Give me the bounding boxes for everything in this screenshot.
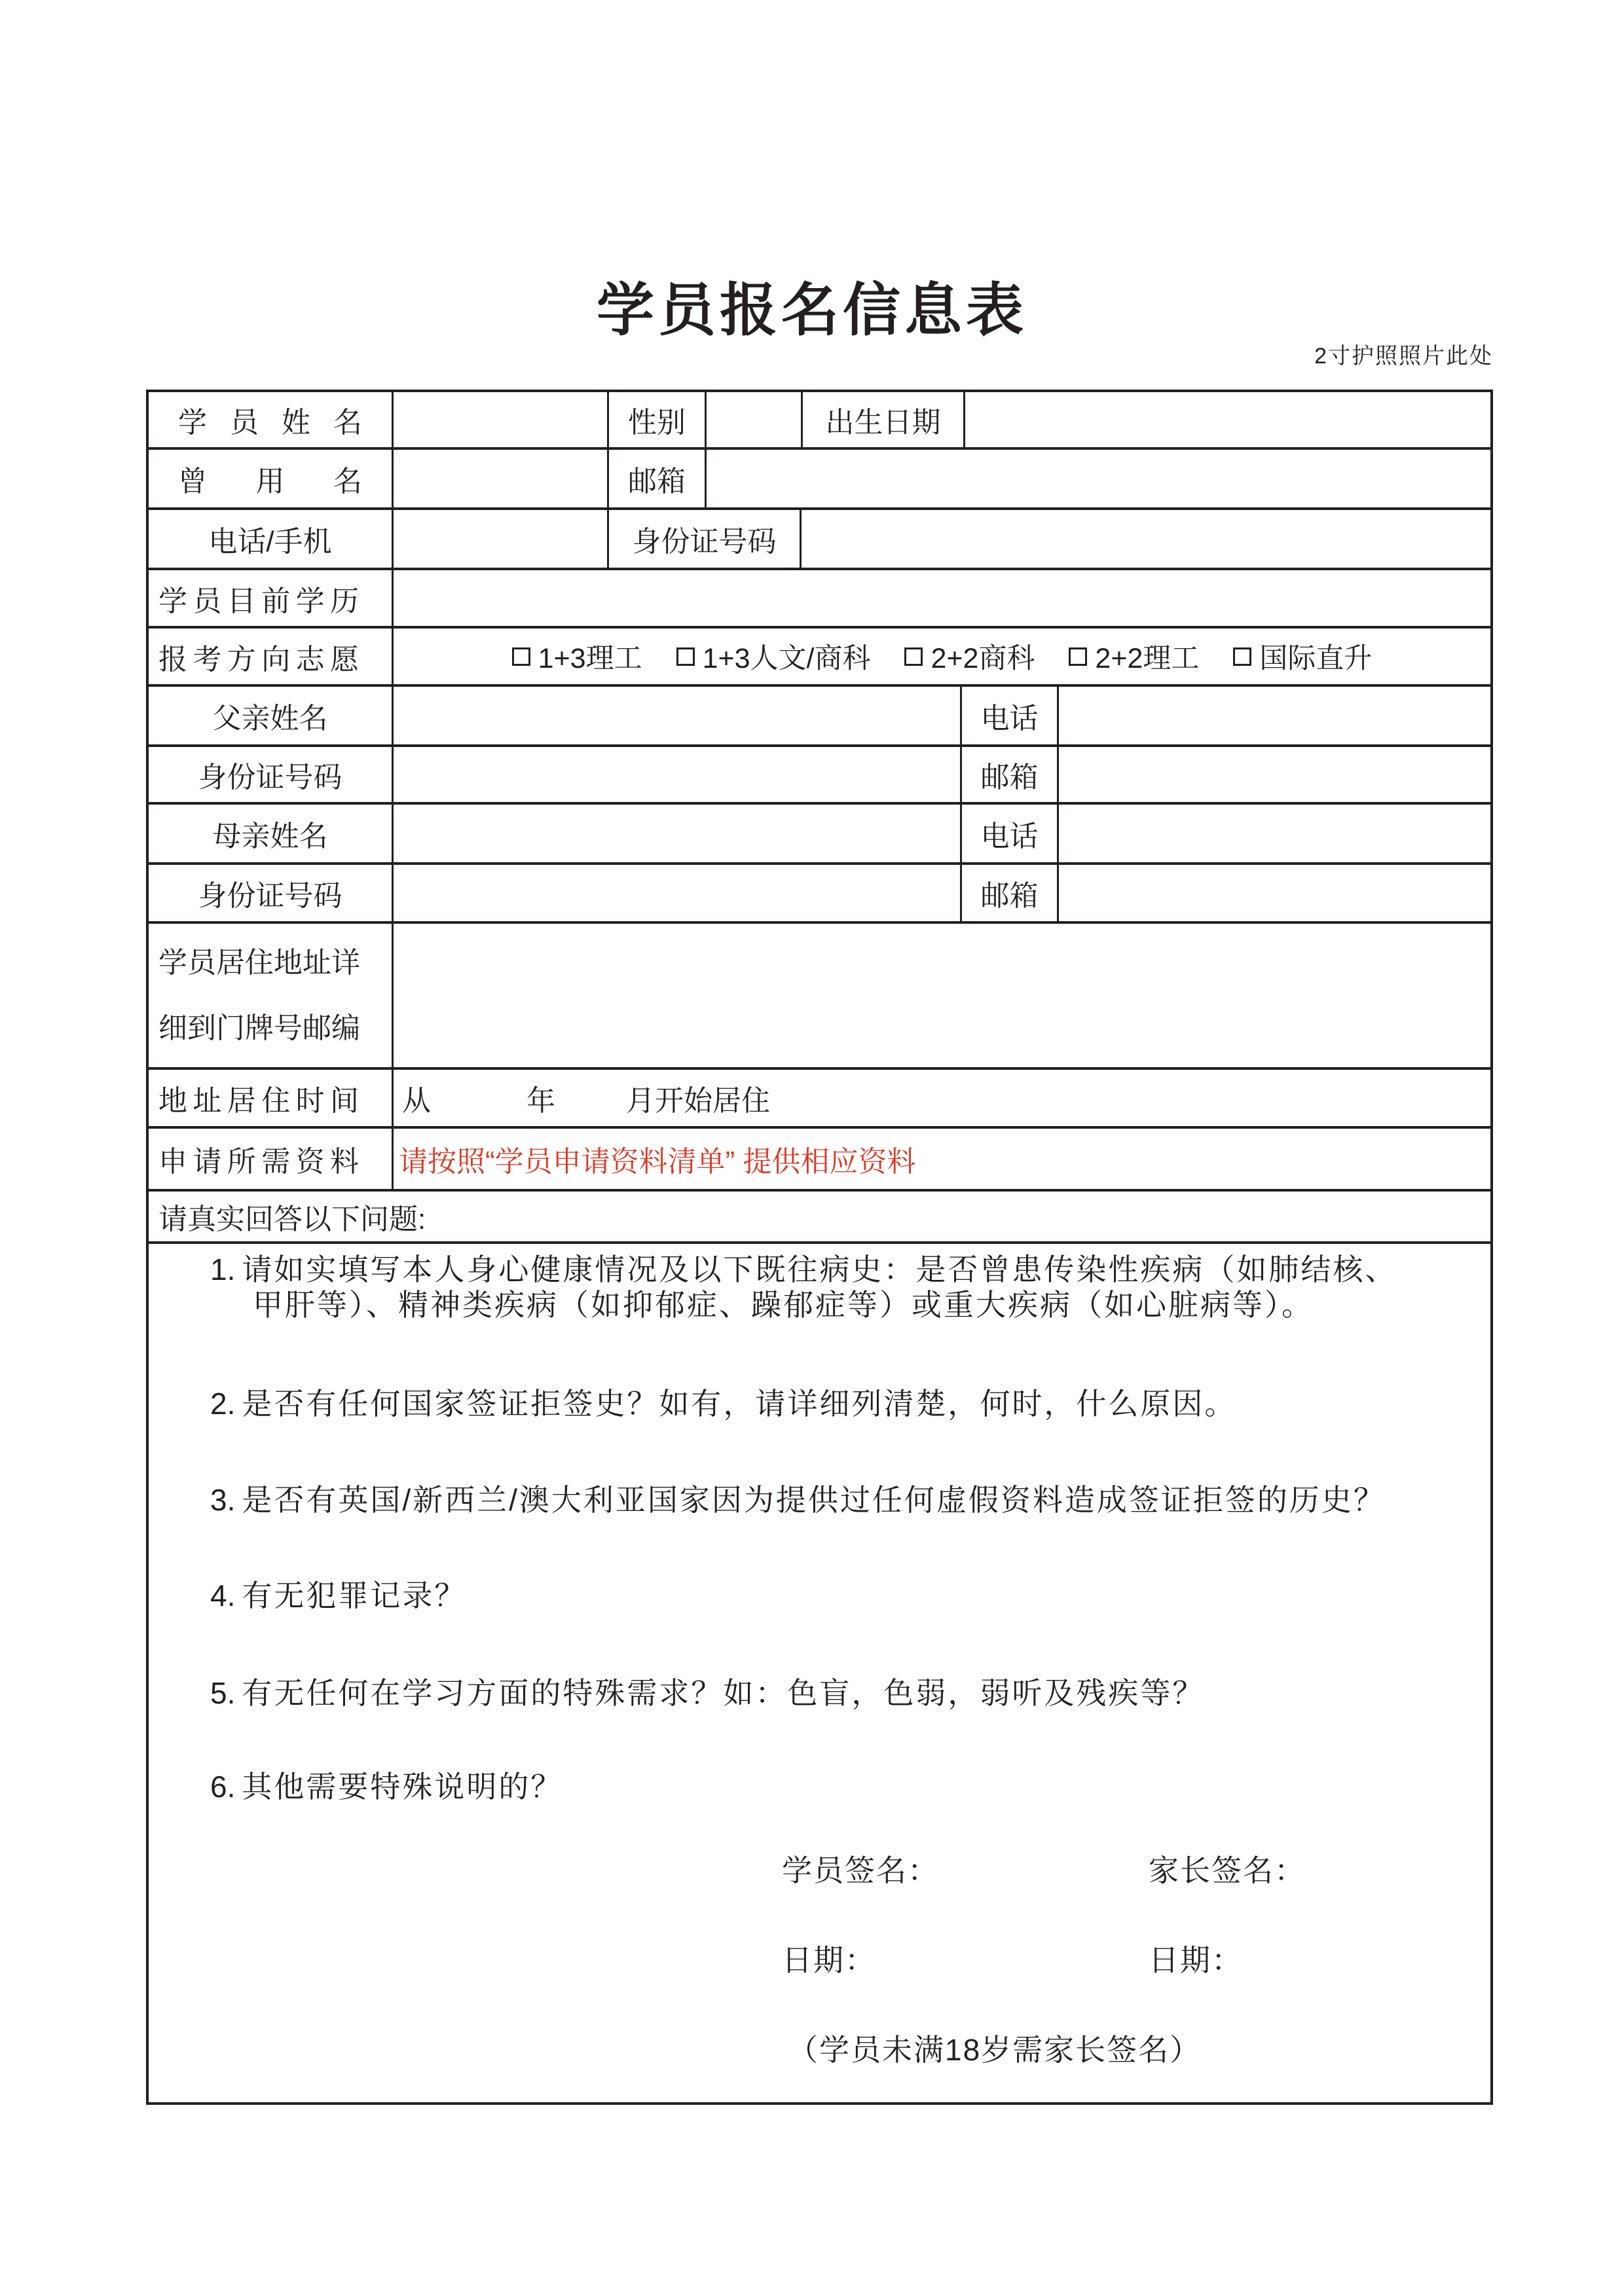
direction-option-5[interactable]: 国际直升	[1233, 636, 1372, 676]
student-id-label: 身份证号码	[609, 510, 802, 568]
row-materials: 申请所需资料 请按照“学员申请资料清单” 提供相应资料	[149, 1129, 1490, 1192]
education-label: 学员目前学历	[149, 570, 394, 626]
gender-input[interactable]	[707, 392, 803, 447]
father-id-label: 身份证号码	[149, 747, 394, 802]
row-student-phone: 电话/手机 身份证号码	[149, 510, 1490, 570]
signature-note: （学员未满18岁需家长签名）	[788, 2032, 1201, 2068]
row-father-name: 父亲姓名 电话	[149, 687, 1490, 747]
direction-option-2[interactable]: 1+3人文/商科	[676, 636, 871, 676]
birth-date-label: 出生日期	[803, 392, 965, 447]
former-name-input[interactable]	[394, 450, 609, 507]
education-input[interactable]	[394, 570, 1490, 626]
mother-tel-label: 电话	[962, 805, 1059, 862]
student-email-input[interactable]	[707, 450, 1490, 507]
row-questions-box: 1.请如实填写本人身心健康情况及以下既往病史：是否曾患传染性疾病（如肺结核、 甲…	[149, 1244, 1490, 2107]
row-address-time: 地址居住时间 从年月开始居住	[149, 1070, 1490, 1129]
row-mother-id: 身份证号码 邮箱	[149, 865, 1490, 924]
father-name-input[interactable]	[394, 687, 962, 744]
parent-date-label: 日期：	[1149, 1942, 1243, 1978]
student-signature-label: 学员签名：	[782, 1852, 939, 1889]
question-2: 2.是否有任何国家签证拒签史？如有，请详细列清楚，何时，什么原因。	[210, 1385, 1236, 1422]
question-1-line-1: 1.请如实填写本人身心健康情况及以下既往病史：是否曾患传染性疾病（如肺结核、	[210, 1251, 1397, 1288]
row-former-name: 曾 用 名 邮箱	[149, 450, 1490, 510]
address-input[interactable]	[394, 924, 1490, 1067]
row-address: 学员居住地址详 细到门牌号邮编	[149, 924, 1490, 1070]
student-phone-input[interactable]	[394, 510, 609, 568]
address-time-label: 地址居住时间	[149, 1070, 394, 1126]
mother-tel-input[interactable]	[1059, 805, 1490, 862]
birth-date-input[interactable]	[965, 392, 1490, 447]
direction-option-3[interactable]: 2+2商科	[904, 636, 1035, 676]
row-questions-header: 请真实回答以下问题:	[149, 1192, 1490, 1244]
mother-name-input[interactable]	[394, 805, 962, 862]
question-5: 5.有无任何在学习方面的特殊需求？如：色盲，色弱，弱听及残疾等？	[210, 1675, 1204, 1711]
student-name-input[interactable]	[394, 392, 609, 447]
student-email-label: 邮箱	[609, 450, 707, 507]
gender-label: 性别	[609, 392, 707, 447]
row-student-name: 学 员 姓 名 性别 出生日期	[149, 392, 1490, 450]
direction-options: 1+3理工 1+3人文/商科 2+2商科 2+2理工	[394, 636, 1490, 676]
question-1-line-2: 甲肝等）、精神类疾病（如抑郁症、躁郁症等）或重大疾病（如心脏病等）。	[253, 1286, 1314, 1323]
question-4: 4.有无犯罪记录？	[210, 1577, 466, 1614]
checkbox-icon[interactable]	[1069, 647, 1087, 666]
former-name-label: 曾 用 名	[149, 450, 394, 507]
questions-header: 请真实回答以下问题:	[149, 1192, 1490, 1241]
address-label: 学员居住地址详 细到门牌号邮编	[149, 924, 394, 1067]
father-tel-label: 电话	[962, 687, 1059, 744]
father-email-label: 邮箱	[962, 747, 1059, 802]
checkbox-icon[interactable]	[904, 647, 923, 666]
student-id-input[interactable]	[802, 510, 1490, 568]
parent-signature-label: 家长签名：	[1149, 1852, 1306, 1889]
photo-placement-note: 2寸护照照片此处	[1314, 338, 1493, 370]
student-name-label: 学 员 姓 名	[149, 392, 394, 447]
registration-form-page: 学员报名信息表 2寸护照照片此处 学 员 姓 名 性别 出生日期 曾 用 名	[0, 0, 1624, 2296]
direction-options-cell: 1+3理工 1+3人文/商科 2+2商科 2+2理工	[394, 629, 1490, 684]
student-phone-label: 电话/手机	[149, 510, 394, 568]
registration-table: 学 员 姓 名 性别 出生日期 曾 用 名 邮箱	[146, 390, 1493, 2105]
mother-id-label: 身份证号码	[149, 865, 394, 921]
direction-option-4[interactable]: 2+2理工	[1069, 636, 1199, 676]
row-father-id: 身份证号码 邮箱	[149, 747, 1490, 805]
checkbox-icon[interactable]	[1233, 647, 1251, 666]
direction-option-1[interactable]: 1+3理工	[512, 636, 642, 676]
mother-email-label: 邮箱	[962, 865, 1059, 921]
mother-email-input[interactable]	[1059, 865, 1490, 921]
student-date-label: 日期：	[782, 1942, 876, 1978]
materials-note: 请按照“学员申请资料清单” 提供相应资料	[394, 1129, 1490, 1189]
checkbox-icon[interactable]	[512, 647, 530, 666]
row-mother-name: 母亲姓名 电话	[149, 805, 1490, 865]
father-email-input[interactable]	[1059, 747, 1490, 802]
direction-label: 报考方向志愿	[149, 629, 394, 684]
page-title: 学员报名信息表	[0, 264, 1624, 347]
checkbox-icon[interactable]	[676, 647, 695, 666]
address-time-input[interactable]: 从年月开始居住	[394, 1070, 1490, 1126]
question-6: 6.其他需要特殊说明的？	[210, 1768, 563, 1805]
father-name-label: 父亲姓名	[149, 687, 394, 744]
materials-label: 申请所需资料	[149, 1129, 394, 1189]
mother-id-input[interactable]	[394, 865, 962, 921]
mother-name-label: 母亲姓名	[149, 805, 394, 862]
father-tel-input[interactable]	[1059, 687, 1490, 744]
row-education: 学员目前学历	[149, 570, 1490, 629]
row-direction: 报考方向志愿 1+3理工 1+3人文/商科 2+2商科	[149, 629, 1490, 687]
father-id-input[interactable]	[394, 747, 962, 802]
questions-box: 1.请如实填写本人身心健康情况及以下既往病史：是否曾患传染性疾病（如肺结核、 甲…	[149, 1244, 1490, 2107]
question-3: 3.是否有英国/新西兰/澳大利亚国家因为提供过任何虚假资料造成签证拒签的历史？	[210, 1482, 1386, 1518]
